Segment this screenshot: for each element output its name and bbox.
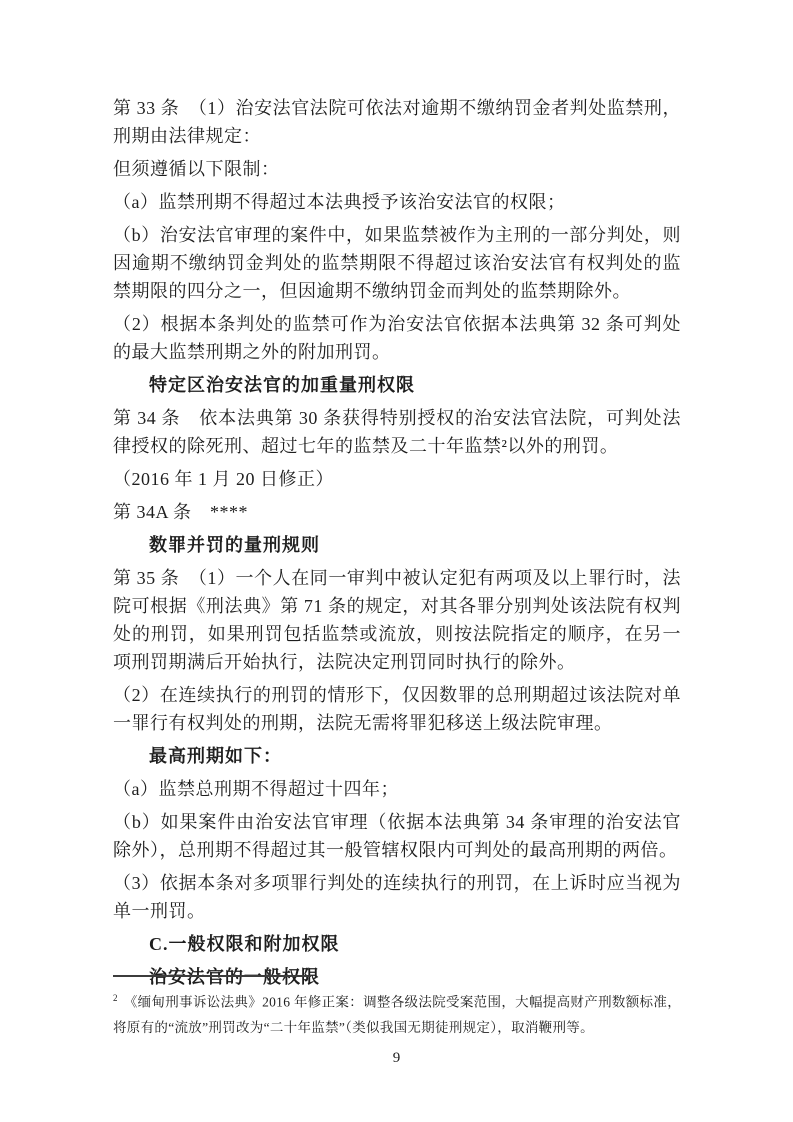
article-paragraph: 第 35 条 （1）一个人在同一审判中被认定犯有两项及以上罪行时，法院可根据《刑…: [113, 564, 681, 676]
section-heading: C.一般权限和附加权限: [113, 930, 681, 958]
page-number: 9: [0, 1048, 793, 1068]
footnote-separator: [113, 975, 311, 977]
content-area: 第 33 条 （1）治安法官法院可依法对逾期不缴纳罚金者判处监禁刑，刑期由法律规…: [113, 94, 681, 996]
document-page: 第 33 条 （1）治安法官法院可依法对逾期不缴纳罚金者判处监禁刑，刑期由法律规…: [0, 0, 793, 1122]
article-paragraph: 第 34 条 依本法典第 30 条获得特别授权的治安法官法院，可判处法律授权的除…: [113, 404, 681, 460]
article-paragraph: （2016 年 1 月 20 日修正）: [113, 465, 681, 493]
footnote-area: 2《缅甸刑事诉讼法典》2016 年修正案：调整各级法院受案范围，大幅提高财产刑数…: [113, 975, 681, 1040]
article-paragraph: （3）依据本条对多项罪行判处的连续执行的刑罚，在上诉时应当视为单一刑罚。: [113, 869, 681, 925]
footnote: 2《缅甸刑事诉讼法典》2016 年修正案：调整各级法院受案范围，大幅提高财产刑数…: [113, 986, 681, 1040]
article-paragraph: （a）监禁总刑期不得超过十四年；: [113, 775, 681, 803]
footnote-text: 《缅甸刑事诉讼法典》2016 年修正案：调整各级法院受案范围，大幅提高财产刑数额…: [113, 995, 681, 1035]
section-heading: 特定区治安法官的加重量刑权限: [113, 371, 681, 399]
article-paragraph: （2）根据本条判处的监禁可作为治安法官依据本法典第 32 条可判处的最大监禁刑期…: [113, 310, 681, 366]
article-paragraph: （a）监禁刑期不得超过本法典授予该治安法官的权限；: [113, 188, 681, 216]
article-paragraph: 第 34A 条 ****: [113, 498, 681, 526]
article-paragraph: 但须遵循以下限制：: [113, 155, 681, 183]
section-heading: 最高刑期如下：: [113, 742, 681, 770]
article-paragraph: 第 33 条 （1）治安法官法院可依法对逾期不缴纳罚金者判处监禁刑，刑期由法律规…: [113, 94, 681, 150]
footnote-marker: 2: [113, 993, 118, 1003]
article-paragraph: （2）在连续执行的刑罚的情形下，仅因数罪的总刑期超过该法院对单一罪行有权判处的刑…: [113, 681, 681, 737]
article-paragraph: （b）治安法官审理的案件中，如果监禁被作为主刑的一部分判处，则因逾期不缴纳罚金判…: [113, 221, 681, 305]
section-heading: 数罪并罚的量刑规则: [113, 531, 681, 559]
article-paragraph: （b）如果案件由治安法官审理（依据本法典第 34 条审理的治安法官除外），总刑期…: [113, 808, 681, 864]
